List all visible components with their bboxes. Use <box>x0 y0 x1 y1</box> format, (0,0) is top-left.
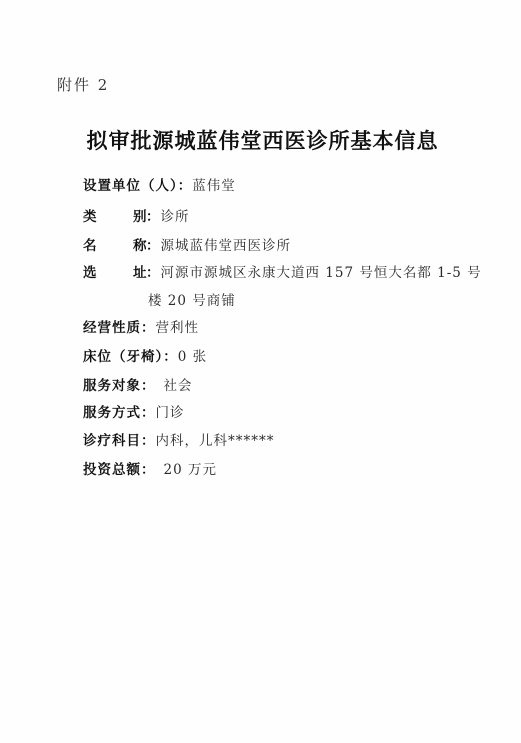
field-value: 诊所 <box>161 209 190 225</box>
field-colon: ： <box>141 378 156 394</box>
field-label-char: 类 <box>83 208 133 226</box>
field-value: 源城蓝伟堂西医诊所 <box>161 238 292 254</box>
field-colon: ： <box>146 209 161 225</box>
field-value: 0 张 <box>178 349 207 365</box>
field-value: 蓝伟堂 <box>192 178 236 194</box>
attachment-label: 附件 2 <box>57 76 109 94</box>
field-value: 门诊 <box>156 405 185 421</box>
field-label: 诊疗科目 <box>83 433 141 449</box>
field-category: 类别：诊所 <box>83 208 190 226</box>
field-colon: ： <box>178 178 193 194</box>
field-label: 投资总额 <box>83 462 141 478</box>
field-label: 选址 <box>83 264 146 282</box>
field-value: 内科，儿科****** <box>156 433 275 449</box>
document-title: 拟审批源城蓝伟堂西医诊所基本信息 <box>0 127 521 155</box>
field-colon: ： <box>146 238 161 254</box>
field-colon: ： <box>146 265 161 281</box>
field-label-char: 选 <box>83 264 133 282</box>
field-colon: ： <box>141 462 156 478</box>
field-colon: ： <box>141 433 156 449</box>
field-value: 20 万元 <box>164 462 217 478</box>
field-label: 类别 <box>83 208 146 226</box>
field-colon: ： <box>141 320 156 336</box>
field-label: 名称 <box>83 237 146 255</box>
field-label: 床位（牙椅） <box>83 349 163 365</box>
field-business-nature: 经营性质：营利性 <box>83 319 199 337</box>
field-label: 服务方式 <box>83 405 141 421</box>
field-departments: 诊疗科目：内科，儿科****** <box>83 432 275 450</box>
field-colon: ： <box>163 349 178 365</box>
field-establishing-unit: 设置单位（人）：蓝伟堂 <box>83 177 236 195</box>
field-label: 经营性质 <box>83 320 141 336</box>
field-value: 营利性 <box>156 320 200 336</box>
field-total-investment: 投资总额：20 万元 <box>83 461 217 479</box>
field-label: 设置单位（人） <box>83 178 178 194</box>
field-value: 河源市源城区永康大道西 157 号恒大名都 1-5 号 <box>161 265 482 281</box>
field-service-target: 服务对象：社会 <box>83 377 193 395</box>
field-service-mode: 服务方式：门诊 <box>83 404 185 422</box>
field-value: 社会 <box>164 378 193 394</box>
field-label: 服务对象 <box>83 378 141 394</box>
field-address: 选址：河源市源城区永康大道西 157 号恒大名都 1-5 号 <box>83 264 482 282</box>
document-page: 附件 2 拟审批源城蓝伟堂西医诊所基本信息 设置单位（人）：蓝伟堂 类别：诊所 … <box>0 0 521 743</box>
field-address-continuation: 楼 20 号商铺 <box>148 292 236 310</box>
field-colon: ： <box>141 405 156 421</box>
field-label-char: 名 <box>83 237 133 255</box>
field-beds: 床位（牙椅）：0 张 <box>83 348 207 366</box>
field-name: 名称：源城蓝伟堂西医诊所 <box>83 237 291 255</box>
